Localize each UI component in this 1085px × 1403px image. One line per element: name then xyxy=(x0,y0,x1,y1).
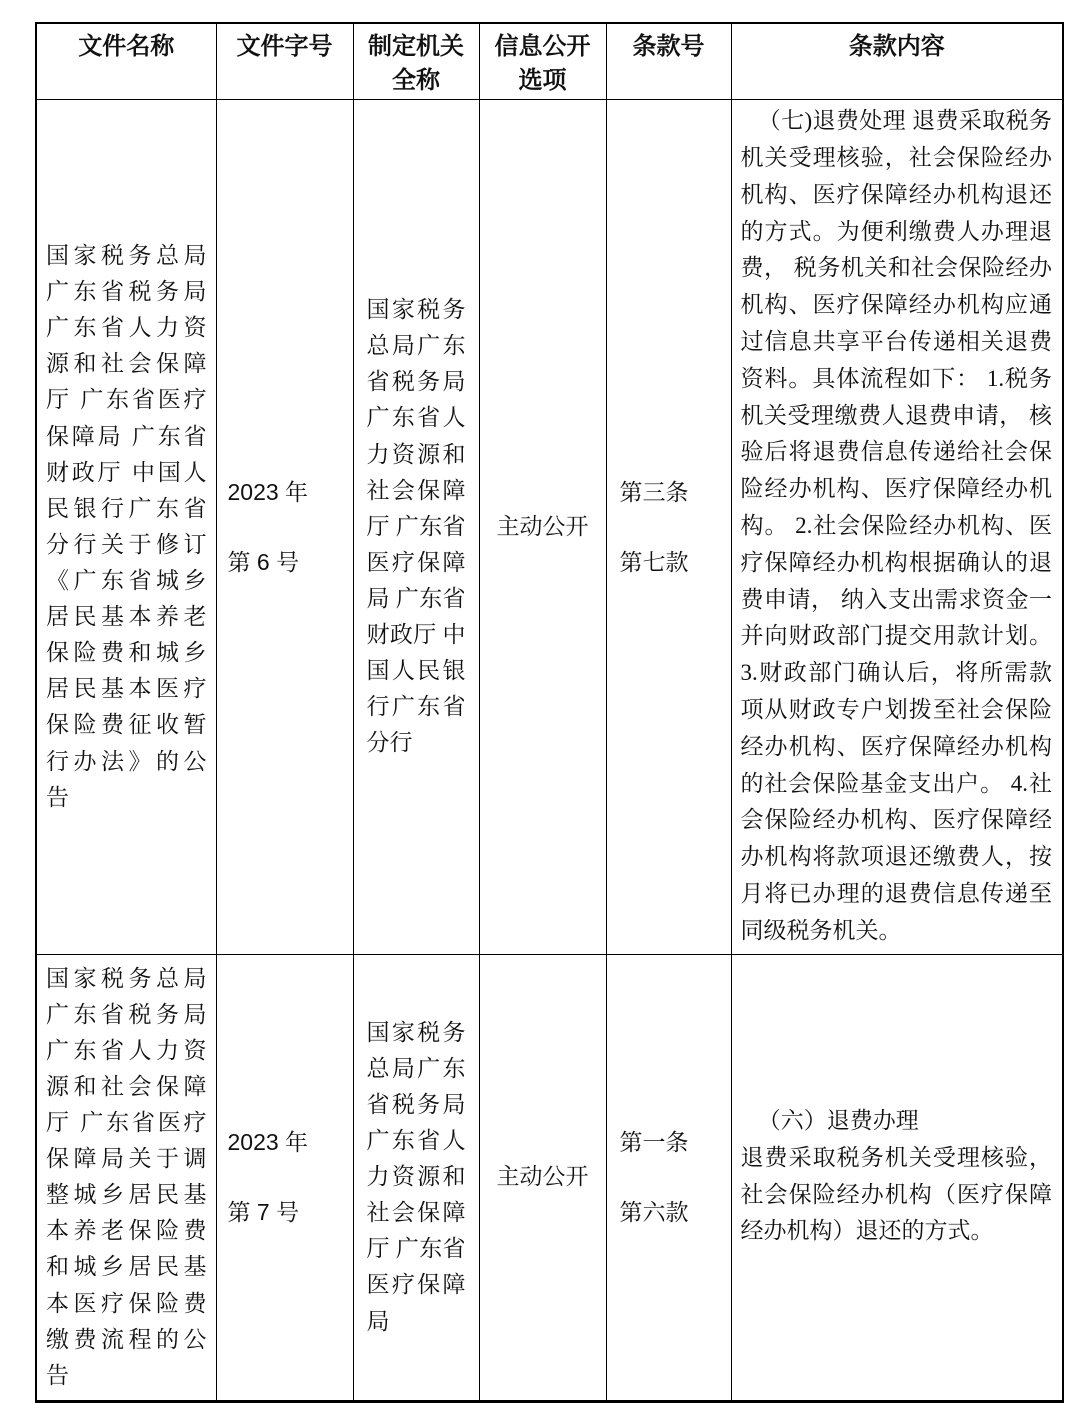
cell-file-name: 国家税务总局广东省税务局 广东省人力资源和社会保障厅 广东省医疗保障局关于调整城… xyxy=(36,954,216,1401)
file-number-no: 第 7 号 xyxy=(228,1194,352,1230)
cell-disclosure-option: 主动公开 xyxy=(479,954,606,1401)
table-row: 国家税务总局广东省税务局 广东省人力资源和社会保障厅 广东省医疗保障局关于调整城… xyxy=(36,954,1063,1401)
header-article-content: 条款内容 xyxy=(731,23,1063,100)
header-issuing-authority: 制定机关全称 xyxy=(353,23,479,100)
article-number-line: 第三条 xyxy=(620,474,730,510)
regulation-documents-table: 文件名称 文件字号 制定机关全称 信息公开选项 条款号 条款内容 国家税务总局广… xyxy=(35,22,1064,1403)
cell-file-name: 国家税务总局广东省税务局 广东省人力资源和社会保障厅 广东省医疗保障局 广东省财… xyxy=(36,100,216,954)
article-content-paragraph: （七)退费处理 退费采取税务机关受理核验，社会保险经办机构、医疗保障经办机构退还… xyxy=(741,103,1053,949)
cell-issuing-authority: 国家税务总局广东省税务局 广东省人力资源和社会保障厅 广东省医疗保障局 xyxy=(353,954,479,1401)
file-number-no: 第 6 号 xyxy=(228,544,352,580)
document-page: 文件名称 文件字号 制定机关全称 信息公开选项 条款号 条款内容 国家税务总局广… xyxy=(0,0,1085,1142)
header-file-number: 文件字号 xyxy=(216,23,353,100)
table-row: 国家税务总局广东省税务局 广东省人力资源和社会保障厅 广东省医疗保障局 广东省财… xyxy=(36,100,1063,954)
cell-article-content: （六）退费办理 退费采取税务机关受理核验，社会保险经办机构（医疗保障经办机构）退… xyxy=(731,954,1063,1401)
article-number-line: 第一条 xyxy=(620,1124,730,1160)
file-number-year: 2023 年 xyxy=(228,474,352,510)
cell-article-content: （七)退费处理 退费采取税务机关受理核验，社会保险经办机构、医疗保障经办机构退还… xyxy=(731,100,1063,954)
cell-disclosure-option: 主动公开 xyxy=(479,100,606,954)
article-content-paragraph: 退费采取税务机关受理核验，社会保险经办机构（医疗保障经办机构）退还的方式。 xyxy=(741,1140,1053,1250)
cell-file-number: 2023 年 第 6 号 xyxy=(216,100,353,954)
cell-file-number: 2023 年 第 7 号 xyxy=(216,954,353,1401)
header-article-number: 条款号 xyxy=(606,23,731,100)
header-file-name: 文件名称 xyxy=(36,23,216,100)
article-content-paragraph: （六）退费办理 xyxy=(741,1103,1053,1140)
article-clause-line: 第七款 xyxy=(620,544,730,580)
cell-article-number: 第一条 第六款 xyxy=(606,954,731,1401)
cell-article-number: 第三条 第七款 xyxy=(606,100,731,954)
header-disclosure-option: 信息公开选项 xyxy=(479,23,606,100)
table-header-row: 文件名称 文件字号 制定机关全称 信息公开选项 条款号 条款内容 xyxy=(36,23,1063,100)
article-clause-line: 第六款 xyxy=(620,1194,730,1230)
file-number-year: 2023 年 xyxy=(228,1124,352,1160)
cell-issuing-authority: 国家税务总局广东省税务局 广东省人力资源和社会保障厅 广东省医疗保障局 广东省财… xyxy=(353,100,479,954)
